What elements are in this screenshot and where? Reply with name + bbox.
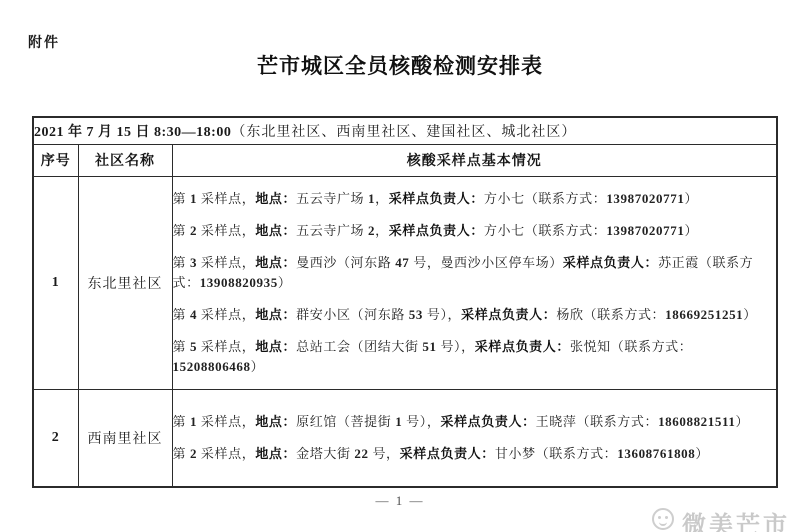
responsible-label: 采样点负责人： (461, 307, 556, 322)
number-text: 1 (368, 191, 375, 206)
number-text: 51 (422, 339, 436, 354)
location-label: 地点： (255, 307, 296, 322)
number-text: 47 (395, 255, 409, 270)
number-text: 2 (190, 223, 197, 238)
number-text: 13908820935 (200, 275, 278, 290)
responsible-label: 采样点负责人： (563, 255, 658, 270)
community-name-cell: 东北里社区 (78, 176, 172, 389)
column-header-index: 序号 (33, 144, 78, 176)
sampling-points-cell: 第 1 采样点，地点：五云寺广场 1，采样点负责人：方小七（联系方式：13987… (172, 176, 777, 389)
session-datetime: 2021 年 7 月 15 日 8:30—18:00 (34, 125, 231, 140)
column-header-row: 序号 社区名称 核酸采样点基本情况 (33, 144, 777, 176)
number-text: 18608821511 (658, 414, 735, 429)
table-body: 1东北里社区第 1 采样点，地点：五云寺广场 1，采样点负责人：方小七（联系方式… (33, 176, 777, 487)
sampling-point: 第 1 采样点，地点：原红馆（菩提街 1 号），采样点负责人：王晓萍（联系方式：… (173, 412, 777, 432)
responsible-label: 采样点负责人： (389, 223, 484, 238)
watermark: 微美芒市 (652, 505, 790, 532)
column-header-points: 核酸采样点基本情况 (172, 144, 777, 176)
schedule-table: 2021 年 7 月 15 日 8:30—18:00（东北里社区、西南里社区、建… (32, 116, 778, 488)
table-row: 1东北里社区第 1 采样点，地点：五云寺广场 1，采样点负责人：方小七（联系方式… (33, 176, 777, 389)
table-row: 2西南里社区第 1 采样点，地点：原红馆（菩提街 1 号），采样点负责人：王晓萍… (33, 389, 777, 487)
location-label: 地点： (255, 191, 296, 206)
location-label: 地点： (255, 339, 296, 354)
number-text: 1 (395, 414, 402, 429)
sampling-points-cell: 第 1 采样点，地点：原红馆（菩提街 1 号），采样点负责人：王晓萍（联系方式：… (172, 389, 777, 487)
session-header-cell: 2021 年 7 月 15 日 8:30—18:00（东北里社区、西南里社区、建… (33, 117, 777, 144)
community-name-cell: 西南里社区 (78, 389, 172, 487)
location-label: 地点： (255, 414, 296, 429)
sampling-point: 第 5 采样点，地点：总站工会（团结大街 51 号），采样点负责人：张悦知（联系… (173, 337, 777, 377)
number-text: 53 (409, 307, 423, 322)
responsible-label: 采样点负责人： (400, 446, 495, 461)
sampling-point: 第 1 采样点，地点：五云寺广场 1，采样点负责人：方小七（联系方式：13987… (173, 189, 777, 209)
watermark-logo-icon (652, 508, 674, 530)
location-label: 地点： (255, 255, 296, 270)
number-text: 13987020771 (606, 223, 684, 238)
column-header-community: 社区名称 (78, 144, 172, 176)
number-text: 13608761808 (617, 446, 695, 461)
number-text: 15208806468 (173, 359, 251, 374)
number-text: 3 (190, 255, 197, 270)
sampling-point: 第 3 采样点，地点：曼西沙（河东路 47 号，曼西沙小区停车场）采样点负责人：… (173, 253, 777, 293)
number-text: 1 (190, 414, 197, 429)
row-index-cell: 2 (33, 389, 78, 487)
session-communities: （东北里社区、西南里社区、建国社区、城北社区） (231, 125, 576, 140)
session-header-row: 2021 年 7 月 15 日 8:30—18:00（东北里社区、西南里社区、建… (33, 117, 777, 144)
responsible-label: 采样点负责人： (389, 191, 484, 206)
number-text: 4 (190, 307, 197, 322)
number-text: 1 (190, 191, 197, 206)
number-text: 2 (368, 223, 375, 238)
page-title: 芒市城区全员核酸检测安排表 (0, 50, 800, 80)
number-text: 5 (190, 339, 197, 354)
sampling-point: 第 4 采样点，地点：群安小区（河东路 53 号），采样点负责人：杨欣（联系方式… (173, 305, 777, 325)
watermark-text: 微美芒市 (682, 505, 790, 532)
attachment-label: 附件 (28, 32, 60, 52)
number-text: 22 (354, 446, 368, 461)
responsible-label: 采样点负责人： (440, 414, 535, 429)
sampling-point: 第 2 采样点，地点：金塔大街 22 号，采样点负责人：甘小梦（联系方式：136… (173, 444, 777, 464)
responsible-label: 采样点负责人： (475, 339, 570, 354)
sampling-point: 第 2 采样点，地点：五云寺广场 2，采样点负责人：方小七（联系方式：13987… (173, 221, 777, 241)
row-index-cell: 1 (33, 176, 78, 389)
document-page: 附件 芒市城区全员核酸检测安排表 2021 年 7 月 15 日 8:30—18… (0, 0, 800, 532)
number-text: 18669251251 (665, 307, 743, 322)
number-text: 13987020771 (606, 191, 684, 206)
location-label: 地点： (255, 446, 296, 461)
location-label: 地点： (255, 223, 296, 238)
number-text: 2 (190, 446, 197, 461)
